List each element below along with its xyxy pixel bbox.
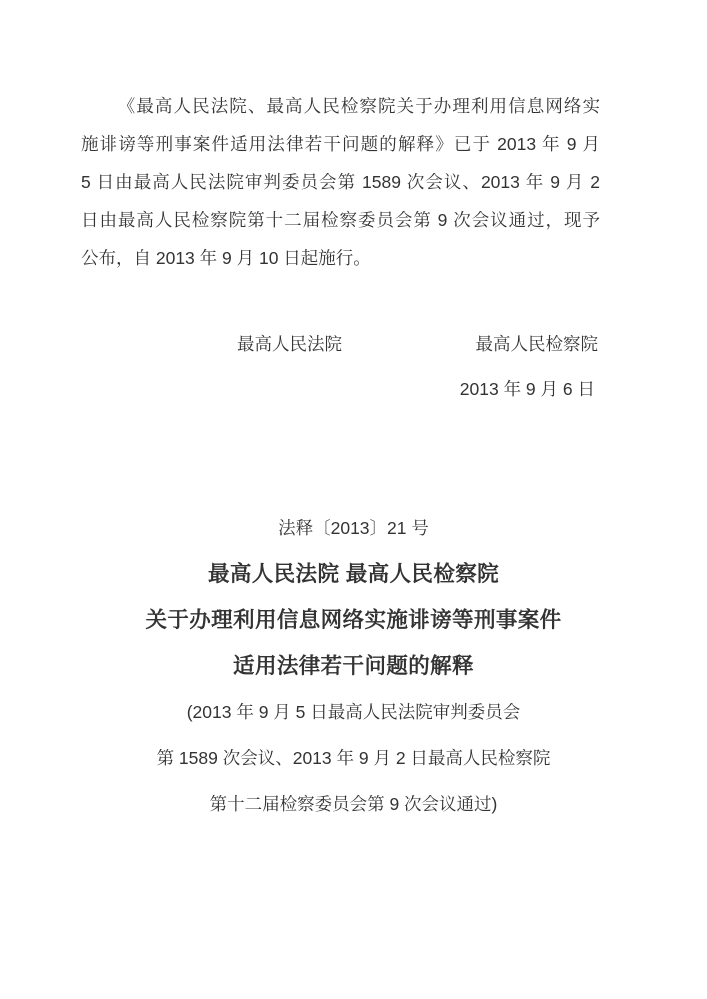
adoption-note-line-3: 第十二届检察委员会第 9 次会议通过) xyxy=(0,781,707,827)
announcement-line-4: 日由最高人民检察院第十二届检察委员会第 9 次会议通过，现予 xyxy=(81,201,600,239)
document-page: 《最高人民法院、最高人民检察院关于办理利用信息网络实 施诽谤等刑事案件适用法律若… xyxy=(0,0,707,827)
title-sub-line: 适用法律若干问题的解释 xyxy=(0,643,707,689)
issue-date: 2013 年 9 月 6 日 xyxy=(81,367,600,412)
announcement-paragraph: 《最高人民法院、最高人民检察院关于办理利用信息网络实 施诽谤等刑事案件适用法律若… xyxy=(81,87,600,277)
adoption-note-line-1: (2013 年 9 月 5 日最高人民法院审判委员会 xyxy=(0,689,707,735)
adoption-note-line-2: 第 1589 次会议、2013 年 9 月 2 日最高人民检察院 xyxy=(0,735,707,781)
issuer-supreme-court: 最高人民法院 xyxy=(237,322,342,367)
announcement-line-1: 《最高人民法院、最高人民检察院关于办理利用信息网络实 xyxy=(81,87,600,125)
title-issuers-line: 最高人民法院 最高人民检察院 xyxy=(0,551,707,597)
signature-block: 最高人民法院 最高人民检察院 2013 年 9 月 6 日 xyxy=(81,322,600,412)
announcement-line-5: 公布，自 2013 年 9 月 10 日起施行。 xyxy=(81,239,600,277)
title-block: 法释〔2013〕21 号 最高人民法院 最高人民检察院 关于办理利用信息网络实施… xyxy=(0,505,707,827)
title-main-line: 关于办理利用信息网络实施诽谤等刑事案件 xyxy=(0,597,707,643)
issuers-row: 最高人民法院 最高人民检察院 xyxy=(81,322,600,367)
announcement-line-2: 施诽谤等刑事案件适用法律若干问题的解释》已于 2013 年 9 月 xyxy=(81,125,600,163)
issuer-supreme-procuratorate: 最高人民检察院 xyxy=(476,322,599,367)
document-number: 法释〔2013〕21 号 xyxy=(0,505,707,551)
announcement-line-3: 5 日由最高人民法院审判委员会第 1589 次会议、2013 年 9 月 2 xyxy=(81,163,600,201)
